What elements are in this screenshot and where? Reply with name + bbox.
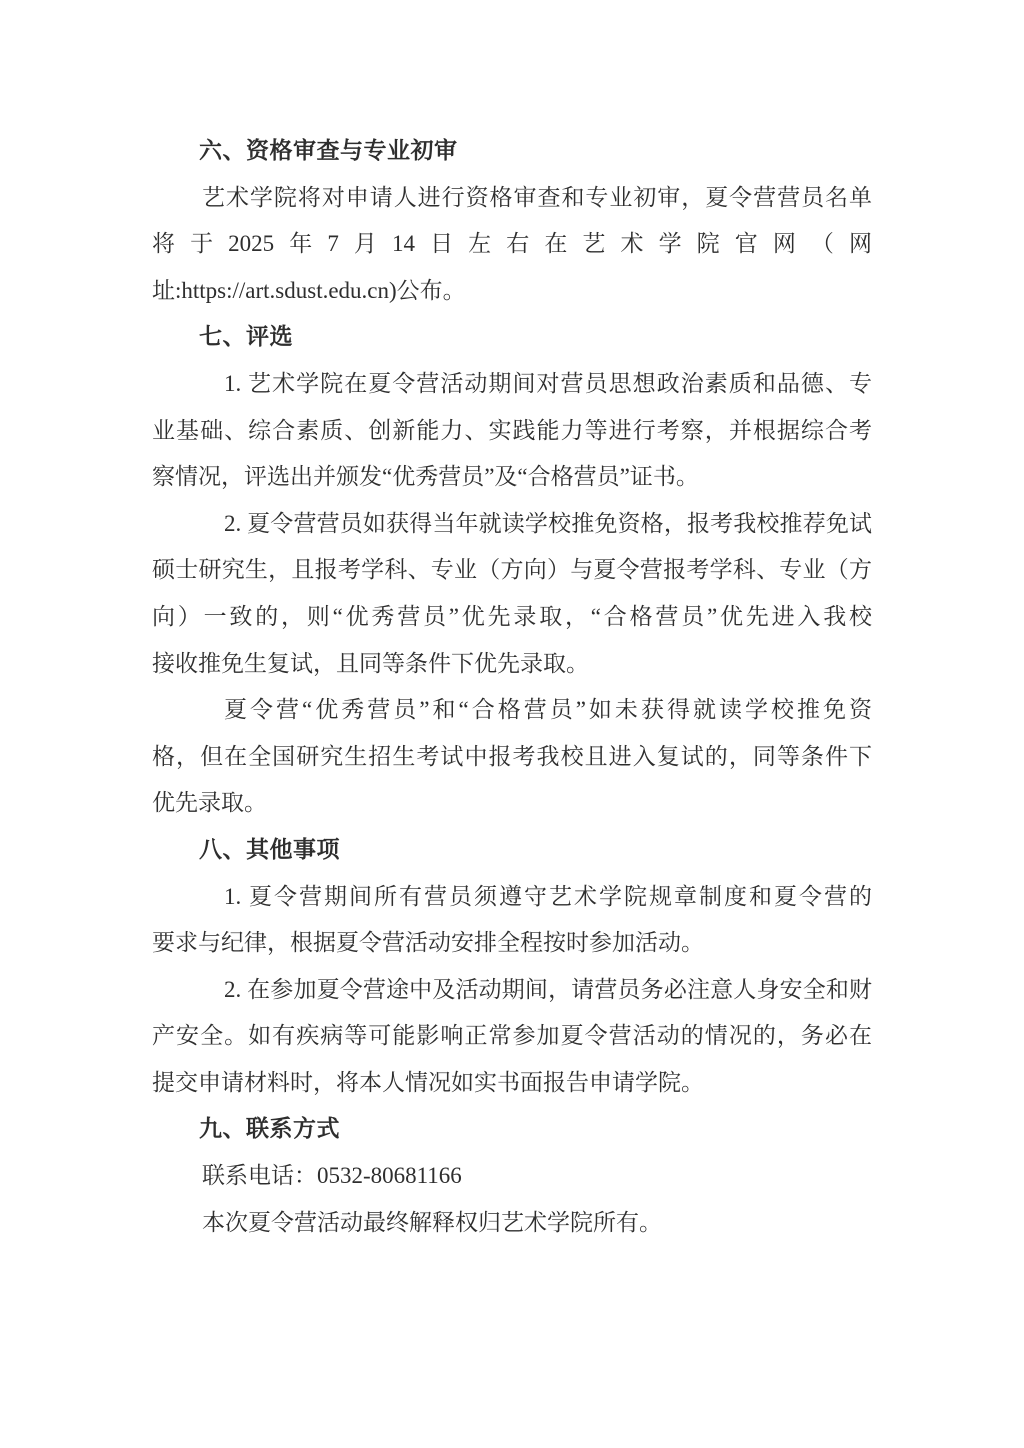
text-line: 格，但在全国研究生招生考试中报考我校且进入复试的，同等条件下 (152, 734, 872, 781)
text-line: 艺术学院将对申请人进行资格审查和专业初审，夏令营营员名单 (152, 175, 872, 222)
paragraph-final-interpretation: 本次夏令营活动最终解释权归艺术学院所有。 (152, 1200, 872, 1247)
paragraph-other-item-2: 2. 在参加夏令营途中及活动期间，请营员务必注意人身安全和财 产安全。如有疾病等… (152, 967, 872, 1107)
section-heading-other-matters: 八、其他事项 (152, 827, 872, 874)
text-line: 业基础、综合素质、创新能力、实践能力等进行考察，并根据综合考 (152, 408, 872, 455)
text-line: 2. 夏令营营员如获得当年就读学校推免资格，报考我校推荐免试 (152, 501, 872, 548)
text-line: 提交申请材料时，将本人情况如实书面报告申请学院。 (152, 1060, 872, 1107)
text-line: 硕士研究生，且报考学科、专业（方向）与夏令营报考学科、专业（方 (152, 547, 872, 594)
text-line: 向）一致的，则“优秀营员”优先录取，“合格营员”优先进入我校 (152, 594, 872, 641)
text-line: 察情况，评选出并颁发“优秀营员”及“合格营员”证书。 (152, 454, 872, 501)
text-line: 要求与纪律，根据夏令营活动安排全程按时参加活动。 (152, 920, 872, 967)
document-page: 六、资格审查与专业初审 艺术学院将对申请人进行资格审查和专业初审，夏令营营员名单… (0, 0, 1024, 1448)
contact-phone-line: 联系电话：0532-80681166 (152, 1153, 872, 1200)
text-line: 1. 艺术学院在夏令营活动期间对营员思想政治素质和品德、专 (152, 361, 872, 408)
text-line: 接收推免生复试，且同等条件下优先录取。 (152, 641, 872, 688)
paragraph-contact-phone: 联系电话：0532-80681166 (152, 1153, 872, 1200)
paragraph-selection-item-2: 2. 夏令营营员如获得当年就读学校推免资格，报考我校推荐免试 硕士研究生，且报考… (152, 501, 872, 687)
section-heading-contact: 九、联系方式 (152, 1106, 872, 1153)
text-line: 产安全。如有疾病等可能影响正常参加夏令营活动的情况的，务必在 (152, 1013, 872, 1060)
text-line: 优先录取。 (152, 780, 872, 827)
section-heading-selection: 七、评选 (152, 314, 872, 361)
paragraph-selection-note: 夏令营“优秀营员”和“合格营员”如未获得就读学校推免资 格，但在全国研究生招生考… (152, 687, 872, 827)
paragraph-selection-item-1: 1. 艺术学院在夏令营活动期间对营员思想政治素质和品德、专 业基础、综合素质、创… (152, 361, 872, 501)
paragraph-qualification-review: 艺术学院将对申请人进行资格审查和专业初审，夏令营营员名单 将于2025年7月14… (152, 175, 872, 315)
text-line: 本次夏令营活动最终解释权归艺术学院所有。 (152, 1200, 872, 1247)
paragraph-other-item-1: 1. 夏令营期间所有营员须遵守艺术学院规章制度和夏令营的 要求与纪律，根据夏令营… (152, 874, 872, 967)
text-line: 1. 夏令营期间所有营员须遵守艺术学院规章制度和夏令营的 (152, 874, 872, 921)
text-line: 2. 在参加夏令营途中及活动期间，请营员务必注意人身安全和财 (152, 967, 872, 1014)
text-line-with-url: 址:https://art.sdust.edu.cn)公布。 (152, 268, 872, 315)
text-line: 夏令营“优秀营员”和“合格营员”如未获得就读学校推免资 (152, 687, 872, 734)
section-heading-qualification-review: 六、资格审查与专业初审 (152, 128, 872, 175)
text-line: 将于2025年7月14日左右在艺术学院官网（网 (152, 221, 872, 268)
